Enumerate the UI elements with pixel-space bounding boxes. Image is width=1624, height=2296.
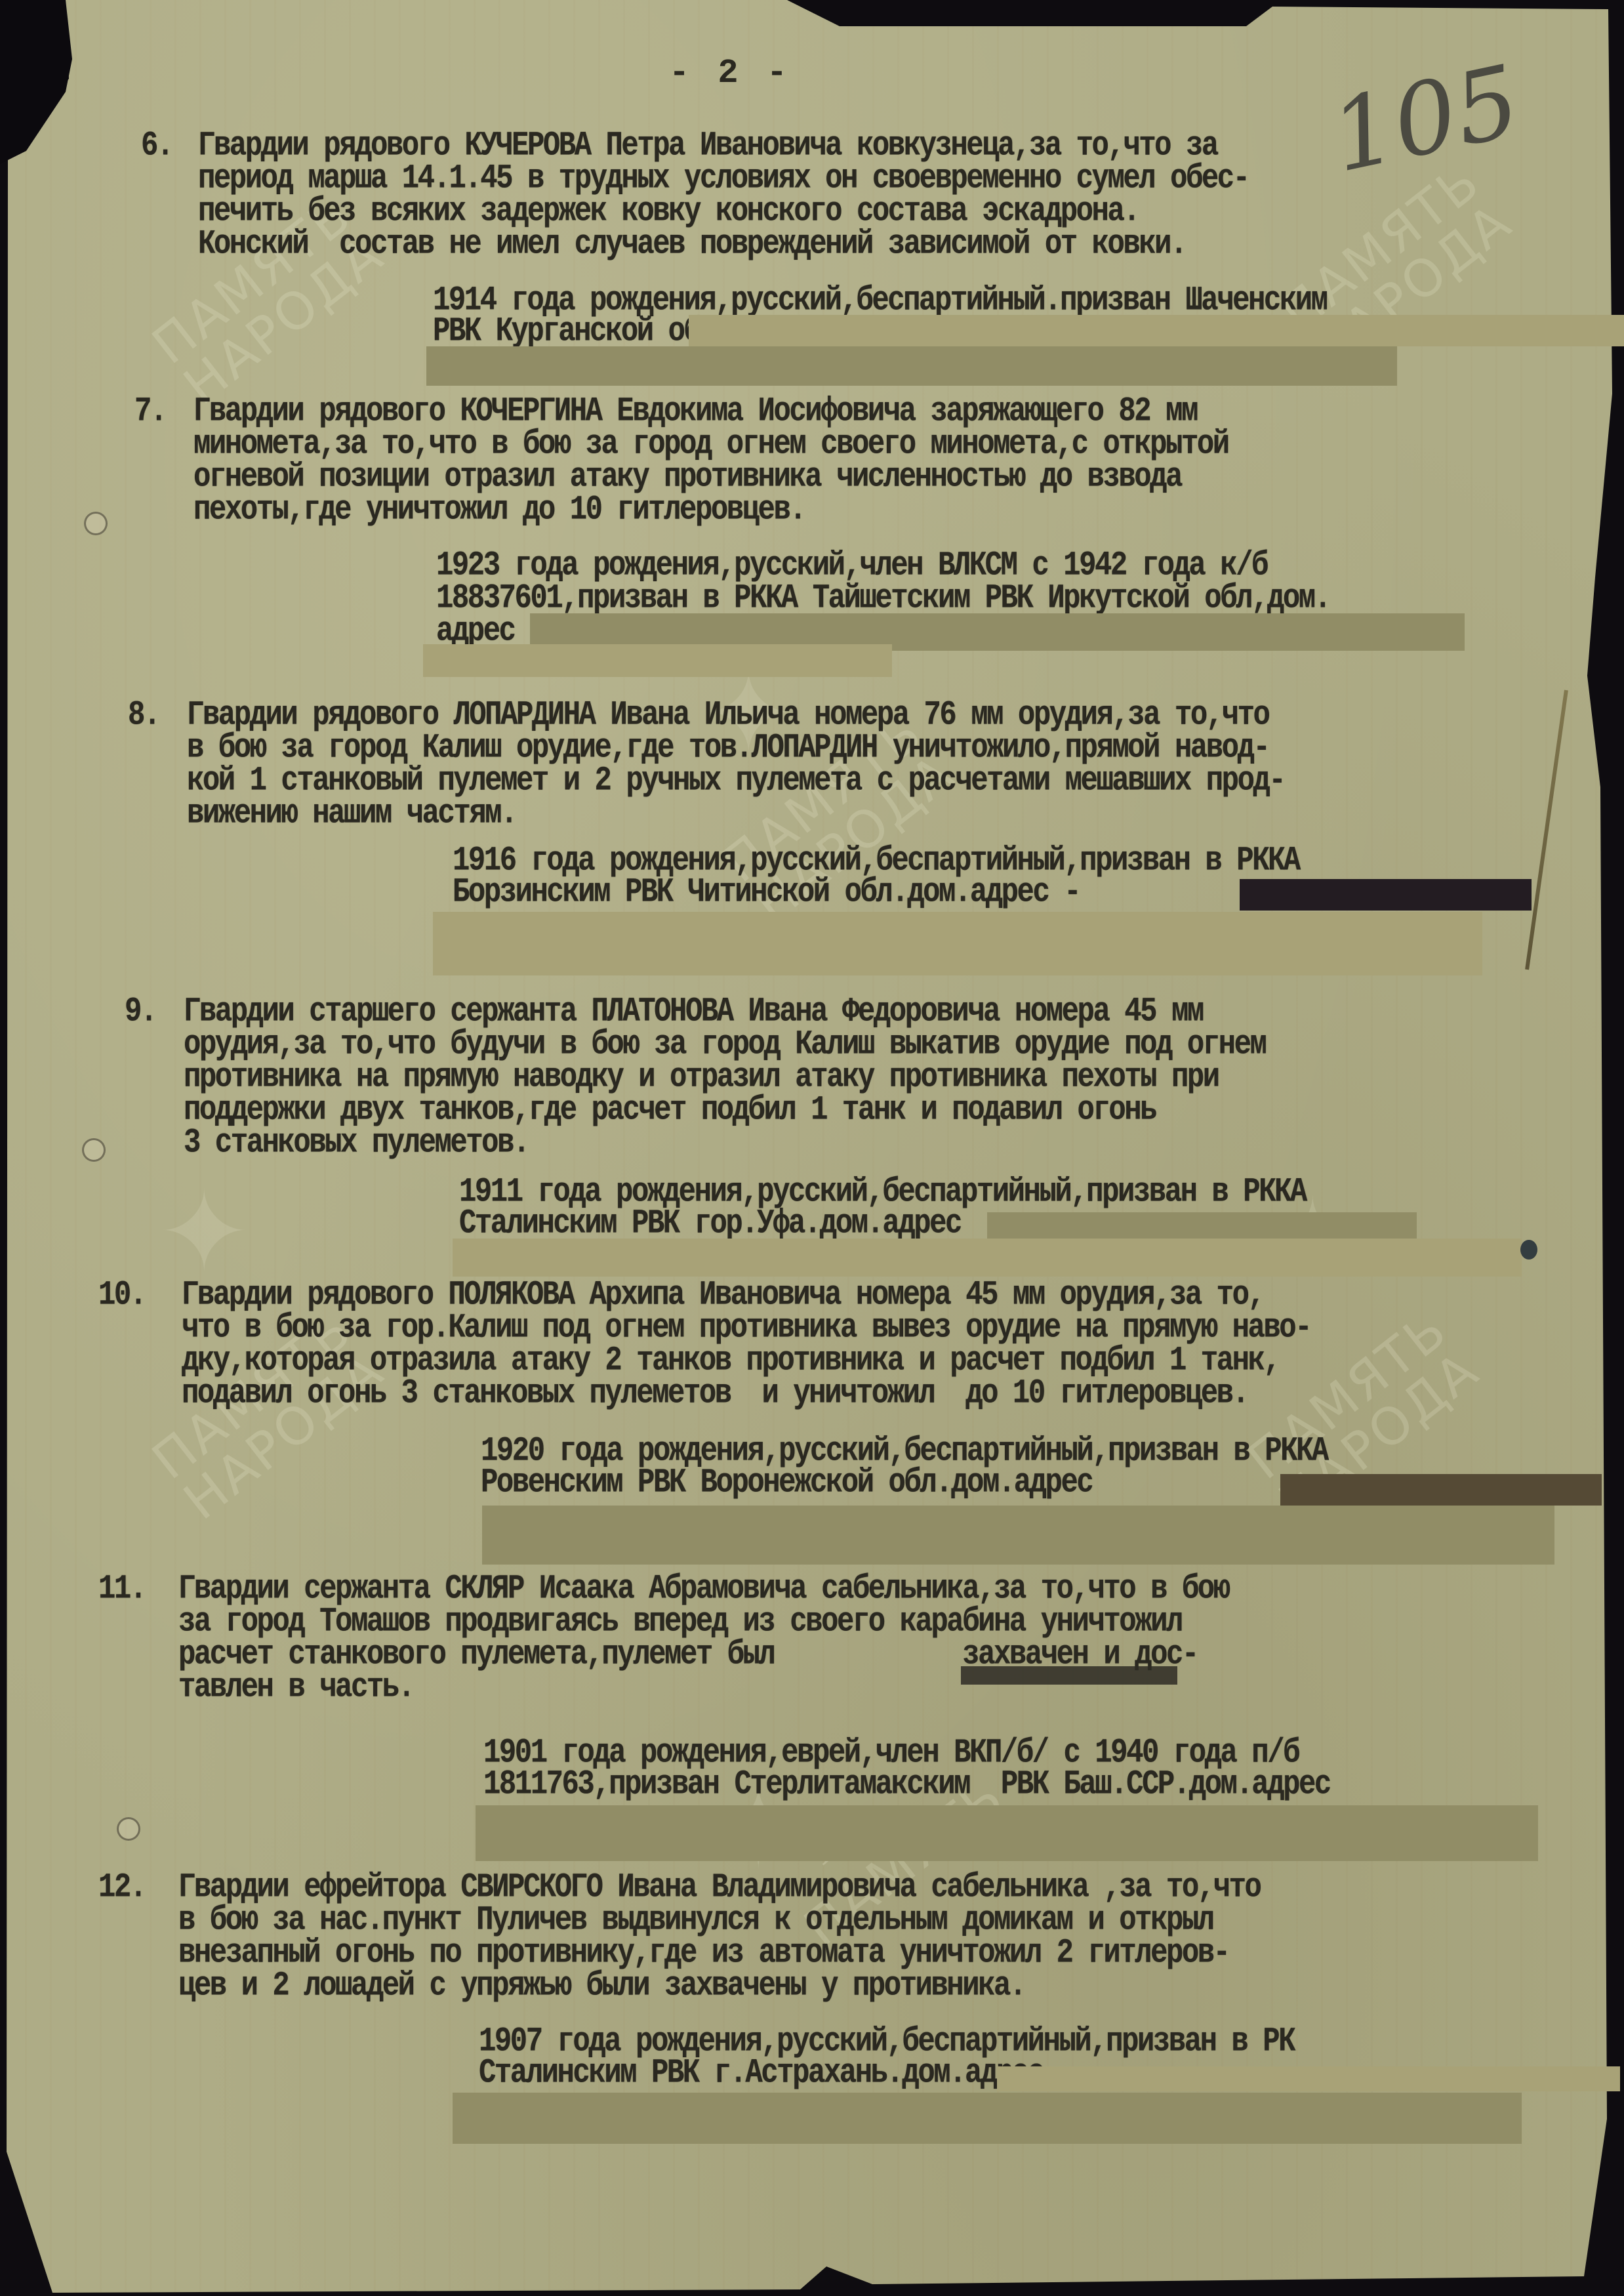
- bio-line: 1916 года рождения,русский,беспартийный,…: [453, 846, 1299, 876]
- ink-stain: [1520, 1240, 1537, 1260]
- citation-line: расчет станкового пулемета,пулемет был з…: [178, 1640, 1198, 1670]
- bio-line: 1907 года рождения,русский,беспартийный,…: [479, 2027, 1294, 2057]
- citation-line: поддержки двух танков,где расчет подбил …: [184, 1096, 1156, 1125]
- bio-line: 1811763,призван Стерлитамакским РВК Баш.…: [483, 1770, 1330, 1799]
- pin-hole: [117, 1817, 140, 1841]
- redaction-block: [1280, 1474, 1602, 1506]
- bio-line: Ровенским РВК Воронежской обл.дом.адрес: [481, 1468, 1092, 1498]
- redaction-block: [482, 1506, 1554, 1565]
- citation-line: огневой позиции отразил атаку противника…: [193, 462, 1181, 492]
- redaction-block: [997, 2066, 1620, 2091]
- redaction-block: [476, 1805, 1538, 1861]
- entry-number: 6.: [141, 131, 173, 161]
- citation-line: противника на прямую наводку и отразил а…: [184, 1063, 1219, 1092]
- redaction-block: [423, 644, 892, 677]
- bio-line: 1920 года рождения,русский,беспартийный,…: [481, 1437, 1328, 1466]
- citation-line: Конский состав не имел случаев поврежден…: [198, 230, 1186, 259]
- pin-hole: [84, 512, 108, 535]
- entry-number: 11.: [98, 1574, 146, 1604]
- redaction-block: [453, 1239, 1522, 1277]
- redaction-block: [987, 1212, 1417, 1239]
- citation-line: цев и 2 лошадей с упряжью были захвачены…: [178, 1971, 1025, 2001]
- entry-number: 10.: [98, 1281, 146, 1310]
- citation-line: в бою за город Калиш орудие,где тов.ЛОПА…: [187, 733, 1269, 763]
- bio-line: Сталинским РВК гор.Уфа.дом.адрес: [459, 1209, 961, 1239]
- citation-line: кой 1 станковый пулемет и 2 ручных пулем…: [187, 766, 1284, 796]
- citation-line: Гвардии сержанта СКЛЯР Исаака Абрамовича…: [178, 1574, 1229, 1604]
- entry-number: 8.: [128, 701, 159, 730]
- citation-line: вижению нашим частям.: [187, 799, 516, 829]
- citation-line: Гвардии старшего сержанта ПЛАТОНОВА Иван…: [184, 997, 1203, 1027]
- bio-line: 1911 года рождения,русский,беспартийный,…: [459, 1178, 1306, 1207]
- bio-line: Борзинским РВК Читинской обл.дом.адрес -: [453, 878, 1080, 907]
- citation-line: Гвардии ефрейтора СВИРСКОГО Ивана Владим…: [178, 1873, 1260, 1902]
- bio-line: 1923 года рождения,русский,член ВЛКСМ с …: [436, 551, 1267, 581]
- citation-line: дку,которая отразила атаку 2 танков прот…: [182, 1346, 1279, 1376]
- citation-line: внезапный огонь по противнику,где из авт…: [178, 1938, 1229, 1968]
- bio-line: 18837601,призван в РККА Тайшетским РВК И…: [436, 584, 1330, 613]
- citation-line: Гвардии рядового ПОЛЯКОВА Архипа Иванови…: [182, 1281, 1263, 1310]
- redaction-block: [453, 2093, 1522, 2144]
- citation-line: Гвардии рядового КУЧЕРОВА Петра Иванович…: [198, 131, 1217, 161]
- entry-number: 12.: [98, 1873, 146, 1902]
- redaction-block: [689, 315, 1624, 346]
- redaction-block: [426, 346, 1397, 386]
- bio-line: Сталинским РВК г.Астрахань.дом.адрес: [479, 2059, 1044, 2088]
- redaction-block: [1240, 879, 1532, 911]
- typed-strikeout: [961, 1666, 1177, 1685]
- bio-line: 1914 года рождения,русский,беспартийный.…: [433, 286, 1327, 316]
- citation-line: 3 станковых пулеметов.: [184, 1128, 529, 1158]
- citation-line: за город Томашов продвигаясь вперед из с…: [178, 1607, 1182, 1637]
- citation-line: пехоты,где уничтожил до 10 гитлеровцев.: [193, 495, 805, 525]
- citation-line: что в бою за гор.Калиш под огнем противн…: [182, 1313, 1310, 1343]
- redaction-block: [433, 912, 1482, 975]
- citation-line: подавил огонь 3 станковых пулеметов и ун…: [182, 1379, 1248, 1408]
- bio-line: 1901 года рождения,еврей,член ВКП/б/ с 1…: [483, 1738, 1299, 1768]
- citation-line: период марша 14.1.45 в трудных условиях …: [198, 164, 1249, 194]
- entry-number: 7.: [134, 397, 166, 426]
- bio-line: адрес: [436, 617, 515, 646]
- entry-number: 9.: [125, 997, 156, 1027]
- pin-hole: [82, 1138, 106, 1162]
- citation-line: Гвардии рядового ЛОПАРДИНА Ивана Ильича …: [187, 701, 1269, 730]
- citation-line: миномета,за то,что в бою за город огнем …: [193, 430, 1228, 459]
- page-number: - 2 -: [669, 54, 791, 92]
- citation-line: орудия,за то,что будучи в бою за город К…: [184, 1030, 1265, 1059]
- citation-line: тавлен в часть.: [178, 1673, 414, 1702]
- citation-line: Гвардии рядового КОЧЕРГИНА Евдокима Иоси…: [193, 397, 1197, 426]
- citation-line: в бою за нас.пункт Пуличев выдвинулся к …: [178, 1906, 1213, 1935]
- citation-line: печить без всяких задержек ковку конског…: [198, 197, 1139, 226]
